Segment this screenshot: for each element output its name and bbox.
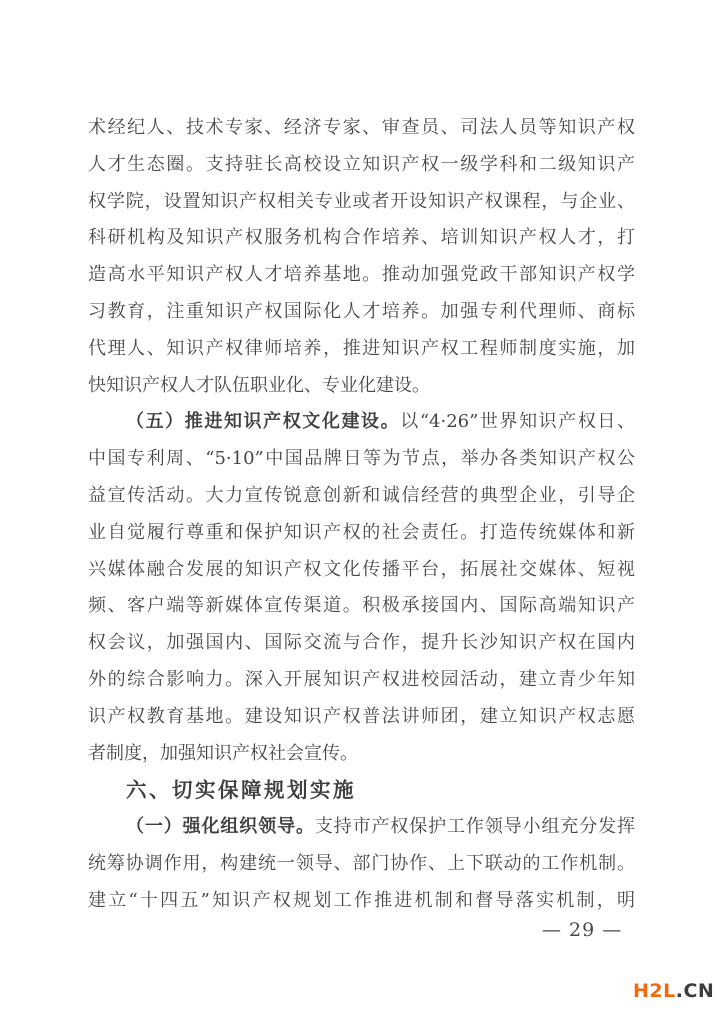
emphasis-text: （一）强化组织领导。 [126,816,315,837]
text-line: 造高水平知识产权人才培养基地。推动加强党政干部知识产权学 [88,257,635,294]
body-text: 权学院，设置知识产权相关专业或者开设知识产权课程，与企业、 [88,191,635,212]
body-text: 以“4·26”世界知识产权日、 [400,411,635,432]
body-text: 中国专利周、“5·10”中国品牌日等为节点，举办各类知识产权公 [88,448,635,469]
text-line: 中国专利周、“5·10”中国品牌日等为节点，举办各类知识产权公 [88,441,635,478]
body-text: 术经纪人、技术专家、经济专家、审查员、司法人员等知识产权 [88,117,635,138]
text-line: 统筹协调作用，构建统一领导、部门协作、上下联动的工作机制。 [88,846,635,883]
text-line: 术经纪人、技术专家、经济专家、审查员、司法人员等知识产权 [88,110,635,147]
body-text: 频、客户端等新媒体宣传渠道。积极承接国内、国际高端知识产 [88,595,635,616]
document-text-block: 术经纪人、技术专家、经济专家、审查员、司法人员等知识产权人才生态圈。支持驻长高校… [88,110,635,920]
body-text: 习教育，注重知识产权国际化人才培养。加强专利代理师、商标 [88,301,635,322]
text-line: （一）强化组织领导。支持市产权保护工作领导小组充分发挥 [88,809,635,846]
body-text: 科研机构及知识产权服务机构合作培养、培训知识产权人才，打 [88,227,635,248]
body-text: 造高水平知识产权人才培养基地。推动加强党政干部知识产权学 [88,264,635,285]
watermark-secondary-text: .CN [676,980,715,1002]
text-line: 外的综合影响力。深入开展知识产权进校园活动，建立青少年知 [88,662,635,699]
text-line: 识产权教育基地。建设知识产权普法讲师团，建立知识产权志愿 [88,699,635,736]
body-text: 者制度，加强知识产权社会宣传。 [88,743,358,764]
body-text: 支持市产权保护工作领导小组充分发挥 [315,816,635,837]
text-line: 科研机构及知识产权服务机构合作培养、培训知识产权人才，打 [88,220,635,257]
body-text: 益宣传活动。大力宣传锐意创新和诚信经营的典型企业，引导企 [88,485,635,506]
text-line: 权学院，设置知识产权相关专业或者开设知识产权课程，与企业、 [88,184,635,221]
body-text: 建立“十四五”知识产权规划工作推进机制和督导落实机制，明 [88,890,635,911]
text-line: 权会议，加强国内、国际交流与合作，提升长沙知识产权在国内 [88,625,635,662]
text-line: 兴媒体融合发展的知识产权文化传播平台，拓展社交媒体、短视 [88,552,635,589]
body-text: 外的综合影响力。深入开展知识产权进校园活动，建立青少年知 [88,669,635,690]
body-text: 快知识产权人才队伍职业化、专业化建设。 [88,375,430,396]
body-text: 人才生态圈。支持驻长高校设立知识产权一级学科和二级知识产 [88,154,635,175]
emphasis-text: （五）推进知识产权文化建设。 [126,411,400,432]
body-text: 统筹协调作用，构建统一领导、部门协作、上下联动的工作机制。 [88,853,635,874]
text-line: 人才生态圈。支持驻长高校设立知识产权一级学科和二级知识产 [88,147,635,184]
body-text: 兴媒体融合发展的知识产权文化传播平台，拓展社交媒体、短视 [88,559,635,580]
emphasis-text: 六、切实保障规划实施 [126,778,356,802]
text-line: 业自觉履行尊重和保护知识产权的社会责任。打造传统媒体和新 [88,515,635,552]
text-line: （五）推进知识产权文化建设。以“4·26”世界知识产权日、 [88,404,635,441]
text-line: 频、客户端等新媒体宣传渠道。积极承接国内、国际高端知识产 [88,588,635,625]
text-line: 益宣传活动。大力宣传锐意创新和诚信经营的典型企业，引导企 [88,478,635,515]
body-text: 代理人、知识产权律师培养，推进知识产权工程师制度实施，加 [88,338,635,359]
text-line: 建立“十四五”知识产权规划工作推进机制和督导落实机制，明 [88,883,635,920]
body-text: 权会议，加强国内、国际交流与合作，提升长沙知识产权在国内 [88,632,635,653]
body-text: 识产权教育基地。建设知识产权普法讲师团，建立知识产权志愿 [88,706,635,727]
watermark-logo: H2L.CN [633,980,714,1002]
text-line: 代理人、知识产权律师培养，推进知识产权工程师制度实施，加 [88,331,635,368]
text-line: 快知识产权人才队伍职业化、专业化建设。 [88,368,635,405]
page-number: — 29 — [542,919,622,941]
watermark-primary-text: H2L [633,980,676,1002]
text-line: 习教育，注重知识产权国际化人才培养。加强专利代理师、商标 [88,294,635,331]
text-line: 者制度，加强知识产权社会宣传。 [88,736,635,773]
section-heading: 六、切实保障规划实施 [88,772,635,809]
body-text: 业自觉履行尊重和保护知识产权的社会责任。打造传统媒体和新 [88,522,635,543]
document-page: 术经纪人、技术专家、经济专家、审查员、司法人员等知识产权人才生态圈。支持驻长高校… [0,0,720,1018]
